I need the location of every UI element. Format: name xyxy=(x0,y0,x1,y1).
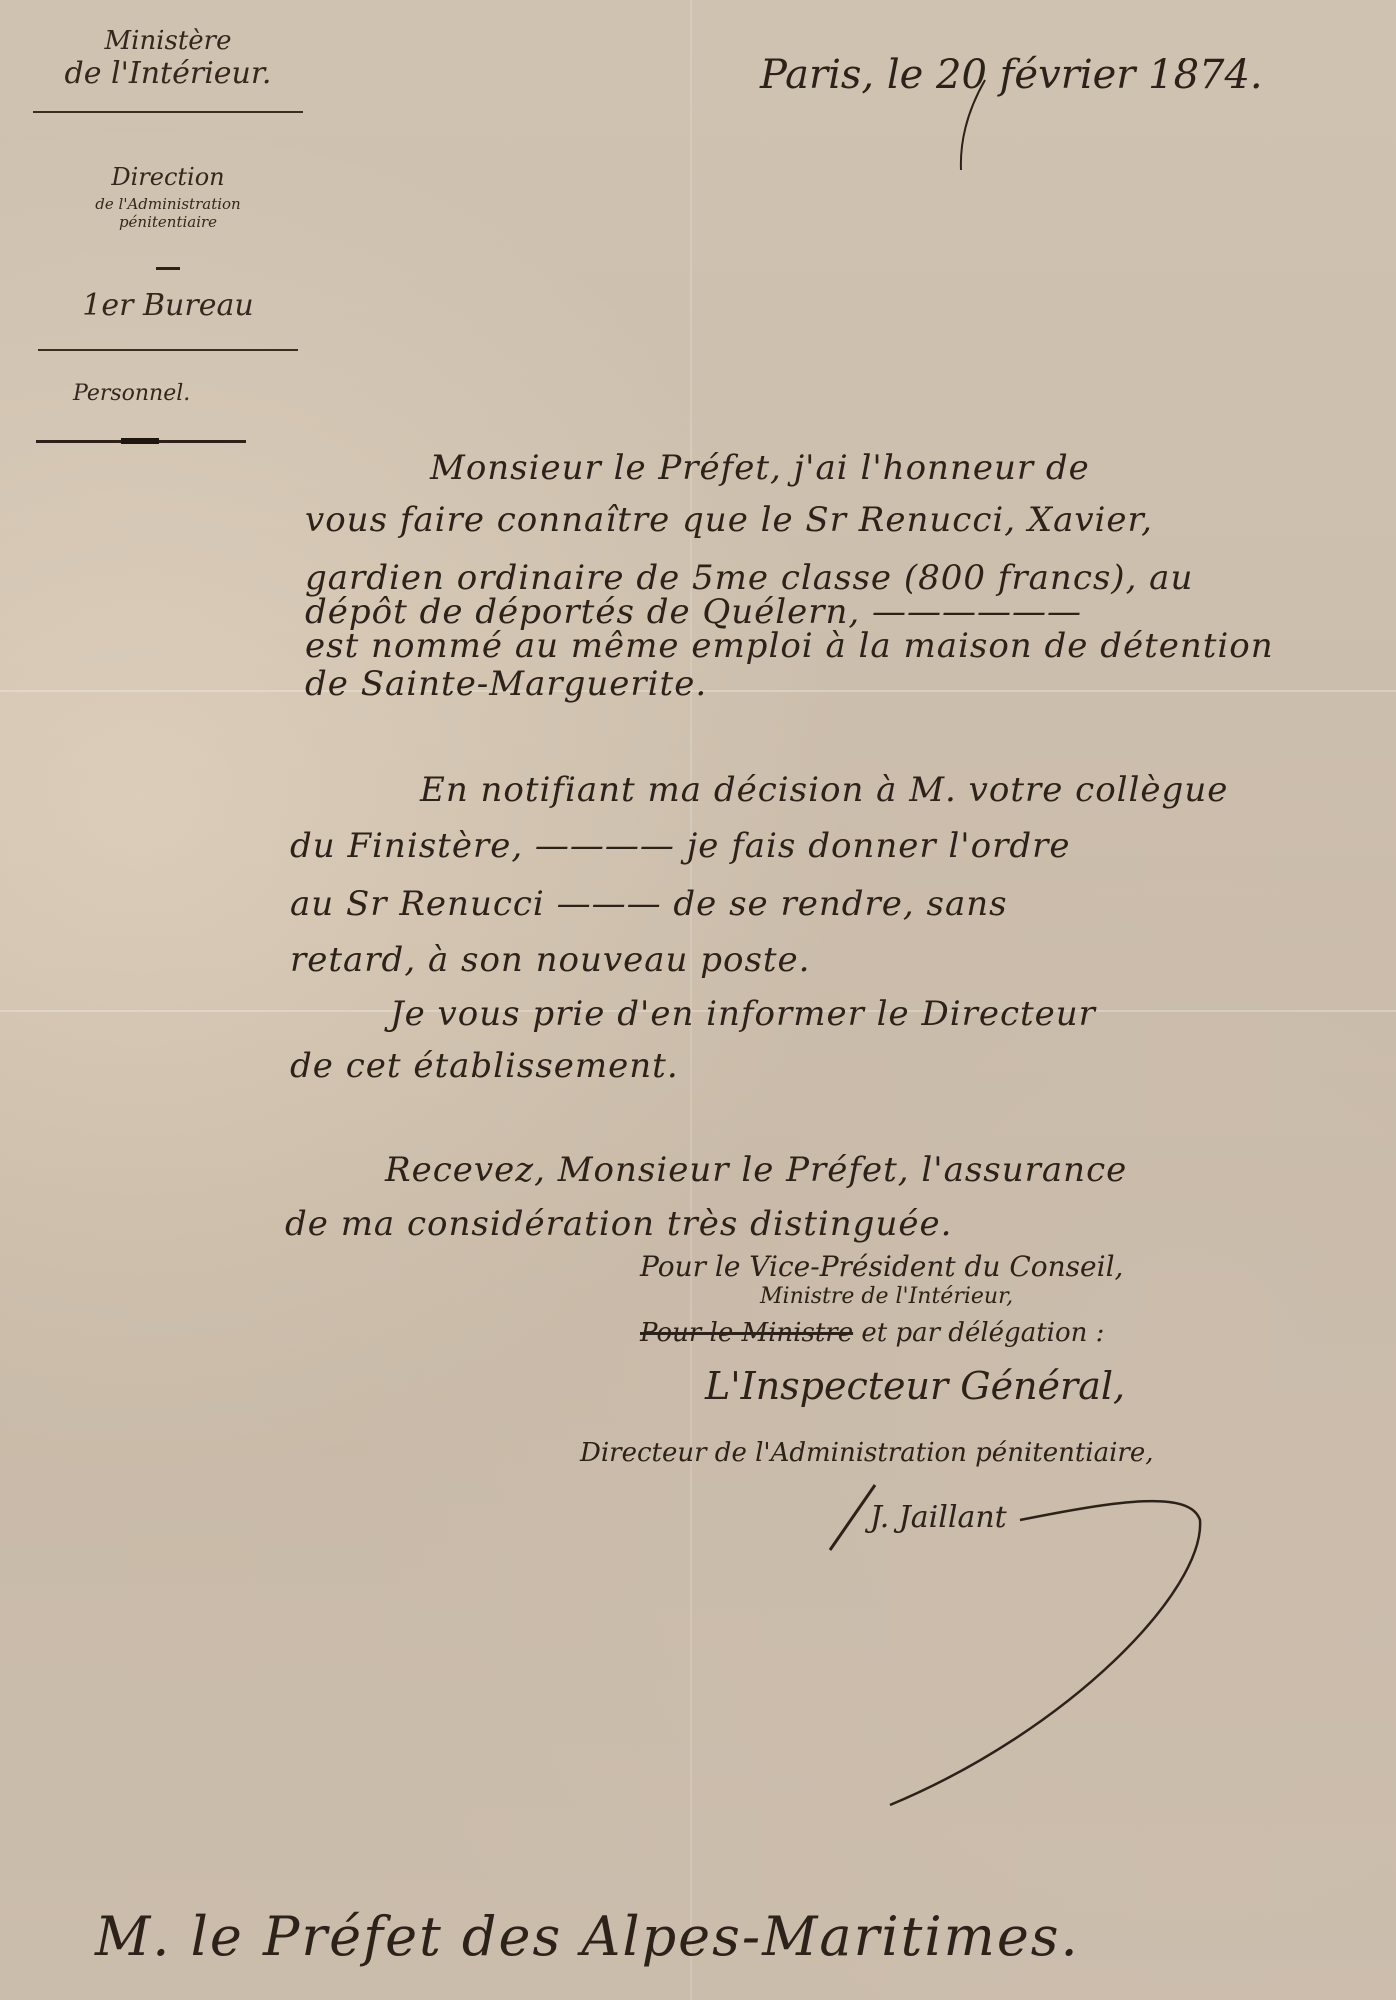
delegation-text: et par délégation : xyxy=(853,1318,1104,1348)
divider xyxy=(36,440,246,443)
body-para3-line1: Je vous prie d'en informer le Directeur xyxy=(390,994,1096,1034)
body-para1-line1: Monsieur le Préfet, j'ai l'honneur de xyxy=(430,448,1090,488)
letterhead: Ministère de l'Intérieur. Direction de l… xyxy=(28,20,308,443)
letter-sheet: Ministère de l'Intérieur. Direction de l… xyxy=(0,0,1396,2000)
divider xyxy=(38,349,298,351)
body-para1-line5: est nommé au même emploi à la maison de … xyxy=(305,626,1274,666)
struck-text: Pour le Ministre xyxy=(640,1318,853,1348)
direction-line2: de l'Administration xyxy=(28,195,308,213)
body-para2-line1: En notifiant ma décision à M. votre coll… xyxy=(420,770,1228,810)
bureau-label: 1er Bureau xyxy=(28,288,308,323)
dateline: Paris, le 20 février 1874. xyxy=(760,52,1263,98)
signature-flourish xyxy=(820,1480,1240,1820)
addressee: M. le Préfet des Alpes-Maritimes. xyxy=(95,1905,1080,1968)
divider-dash xyxy=(156,267,180,270)
closing-line2: de ma considération très distinguée. xyxy=(285,1204,952,1244)
signature-line1: Pour le Vice-Président du Conseil, xyxy=(640,1250,1123,1283)
signature-line5: Directeur de l'Administration pénitentia… xyxy=(580,1438,1154,1468)
direction-line1: Direction xyxy=(28,163,308,191)
body-para1-line6: de Sainte-Marguerite. xyxy=(305,664,707,704)
signature-line3: Pour le Ministre et par délégation : xyxy=(640,1318,1104,1348)
section-label: Personnel. xyxy=(28,381,308,406)
body-para1-line2: vous faire connaître que le Sr Renucci, … xyxy=(305,500,1153,540)
direction-line3: pénitentiaire xyxy=(28,213,308,231)
body-para2-line4: retard, à son nouveau poste. xyxy=(290,940,811,980)
signature-title: L'Inspecteur Général, xyxy=(705,1364,1125,1408)
divider xyxy=(33,111,303,113)
body-para2-line2: du Finistère, ———— je fais donner l'ordr… xyxy=(290,826,1070,866)
signature-line2: Ministre de l'Intérieur, xyxy=(760,1284,1013,1309)
body-para3-line2: de cet établissement. xyxy=(290,1046,679,1086)
dateline-flourish xyxy=(955,75,995,175)
body-para2-line3: au Sr Renucci ——— de se rendre, sans xyxy=(290,884,1008,924)
ministry-line1: Ministère xyxy=(28,26,308,56)
closing-line1: Recevez, Monsieur le Préfet, l'assurance xyxy=(385,1150,1127,1190)
ministry-line2: de l'Intérieur. xyxy=(28,56,308,91)
